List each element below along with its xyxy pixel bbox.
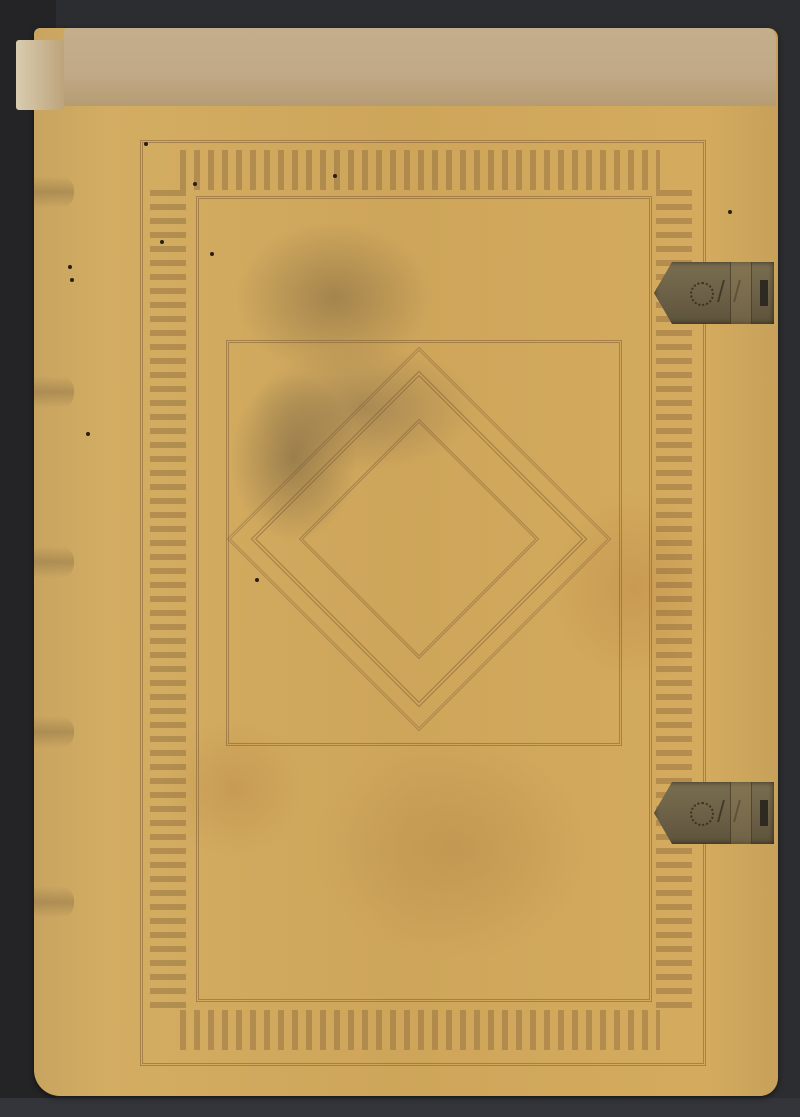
spine-band bbox=[34, 176, 74, 208]
rosette-icon bbox=[690, 802, 714, 826]
rosette-icon bbox=[690, 282, 714, 306]
bottom-roll-border bbox=[180, 1010, 660, 1050]
worm-hole bbox=[728, 210, 732, 214]
clasp-slot bbox=[760, 800, 768, 826]
spine-band bbox=[34, 716, 74, 748]
head-cap bbox=[64, 28, 776, 106]
lower-brass-clasp bbox=[654, 782, 774, 844]
worm-hole bbox=[68, 265, 72, 269]
spine-band bbox=[34, 886, 74, 918]
inner-lozenge bbox=[299, 419, 539, 659]
frayed-spine-top bbox=[16, 40, 64, 110]
spine-bands bbox=[34, 106, 74, 1096]
worm-hole bbox=[144, 142, 148, 146]
worm-hole bbox=[333, 174, 337, 178]
upper-brass-clasp bbox=[654, 262, 774, 324]
worm-hole bbox=[193, 182, 197, 186]
top-roll-border bbox=[180, 150, 660, 190]
left-roll-border bbox=[150, 190, 186, 1010]
clasp-strip bbox=[730, 782, 752, 844]
clasp-slot bbox=[760, 280, 768, 306]
spine-band bbox=[34, 546, 74, 578]
clasp-strip bbox=[730, 262, 752, 324]
worm-hole bbox=[255, 578, 259, 582]
spine-band bbox=[34, 376, 74, 408]
worm-hole bbox=[86, 432, 90, 436]
background-bottom bbox=[0, 1098, 800, 1117]
worm-hole bbox=[70, 278, 74, 282]
worm-hole bbox=[160, 240, 164, 244]
worm-hole bbox=[210, 252, 214, 256]
